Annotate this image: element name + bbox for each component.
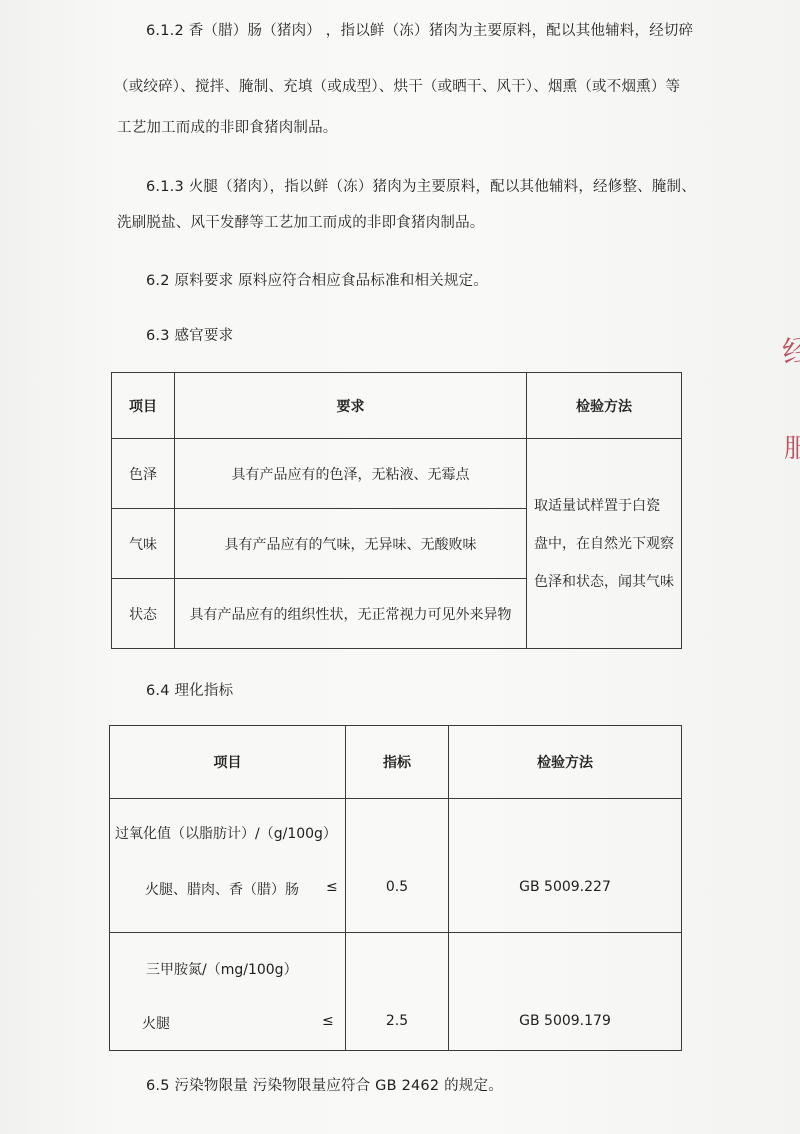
method-cell: GB 5009.227 <box>449 799 682 933</box>
seal-char: 经 <box>779 324 800 372</box>
section-6-1-3-line1: 6.1.3 火腿（猪肉），指以鲜（冻）猪肉为主要原料，配以其他辅料，经修整、腌制… <box>146 177 696 197</box>
section-6-5: 6.5 污染物限量 污染物限量应符合 GB 2462 的规定。 <box>146 1076 503 1096</box>
sensory-requirements-table: 项目 要求 检验方法 色泽 具有产品应有的色泽，无粘液、无霉点 取适量试样置于白… <box>111 372 682 649</box>
method-cell: 取适量试样置于白瓷 盘中，在自然光下观察 色泽和状态，闻其气味 <box>527 439 682 649</box>
section-6-1-3-line2: 洗刷脱盐、风干发酵等工艺加工而成的非即食猪肉制品。 <box>117 213 485 233</box>
table-row: 过氧化值（以脂肪计）/（g/100g） 火腿、腊肉、香（腊）肠 ≤ 0.5 GB… <box>110 799 682 933</box>
item-cell: 色泽 <box>112 439 175 509</box>
comparator: ≤ <box>322 1013 334 1029</box>
document-page: 6.1.2 香（腊）肠（猪肉） ，指以鲜（冻）猪肉为主要原料，配以其他辅料，经切… <box>0 0 800 1134</box>
value: 0.5 <box>346 879 448 895</box>
item-cell: 状态 <box>112 579 175 649</box>
item-name: 过氧化值（以脂肪计）/（g/100g） <box>115 823 337 843</box>
header-requirement: 要求 <box>175 373 527 439</box>
method-cell: GB 5009.179 <box>449 933 682 1051</box>
comparator: ≤ <box>326 879 338 895</box>
item-cell: 过氧化值（以脂肪计）/（g/100g） 火腿、腊肉、香（腊）肠 ≤ <box>110 799 346 933</box>
value-cell: 0.5 <box>346 799 449 933</box>
method-line: 盘中，在自然光下观察 <box>534 525 681 563</box>
table-header-row: 项目 要求 检验方法 <box>112 373 682 439</box>
item-scope: 火腿 <box>142 1013 170 1033</box>
requirement-cell: 具有产品应有的组织性状，无正常视力可见外来异物 <box>175 579 527 649</box>
requirement-cell: 具有产品应有的色泽，无粘液、无霉点 <box>175 439 527 509</box>
section-6-4-heading: 6.4 理化指标 <box>146 681 233 701</box>
section-6-3-heading: 6.3 感官要求 <box>146 326 233 346</box>
item-name: 三甲胺氮/（mg/100g） <box>146 959 298 979</box>
method-line: 取适量试样置于白瓷 <box>534 487 681 525</box>
table-row: 三甲胺氮/（mg/100g） 火腿 ≤ 2.5 GB 5009.179 <box>110 933 682 1051</box>
method-line: 色泽和状态，闻其气味 <box>534 563 681 601</box>
method: GB 5009.179 <box>449 1013 681 1029</box>
requirement-cell: 具有产品应有的气味，无异味、无酸败味 <box>175 509 527 579</box>
section-6-1-2-line3: 工艺加工而成的非即食猪肉制品。 <box>117 118 338 138</box>
header-indicator: 指标 <box>346 726 449 799</box>
value: 2.5 <box>346 1013 448 1029</box>
section-6-1-2-line1: 6.1.2 香（腊）肠（猪肉） ，指以鲜（冻）猪肉为主要原料，配以其他辅料，经切… <box>146 21 693 41</box>
item-cell: 气味 <box>112 509 175 579</box>
header-method: 检验方法 <box>449 726 682 799</box>
table-header-row: 项目 指标 检验方法 <box>110 726 682 799</box>
physicochemical-table: 项目 指标 检验方法 过氧化值（以脂肪计）/（g/100g） 火腿、腊肉、香（腊… <box>109 725 682 1051</box>
header-item: 项目 <box>112 373 175 439</box>
table-row: 色泽 具有产品应有的色泽，无粘液、无霉点 取适量试样置于白瓷 盘中，在自然光下观… <box>112 439 682 509</box>
header-method: 检验方法 <box>527 373 682 439</box>
section-6-1-2-line2: （或绞碎）、搅拌、腌制、充填（或成型）、烘干（或晒干、风干）、烟熏（或不烟熏）等 <box>114 77 680 97</box>
method: GB 5009.227 <box>449 879 681 895</box>
header-item: 项目 <box>110 726 346 799</box>
official-seal-fragment: 经 服 <box>770 320 800 490</box>
item-scope: 火腿、腊肉、香（腊）肠 <box>145 879 299 899</box>
item-cell: 三甲胺氮/（mg/100g） 火腿 ≤ <box>110 933 346 1051</box>
section-6-2: 6.2 原料要求 原料应符合相应食品标准和相关规定。 <box>146 271 488 291</box>
value-cell: 2.5 <box>346 933 449 1051</box>
seal-char: 服 <box>784 428 800 465</box>
